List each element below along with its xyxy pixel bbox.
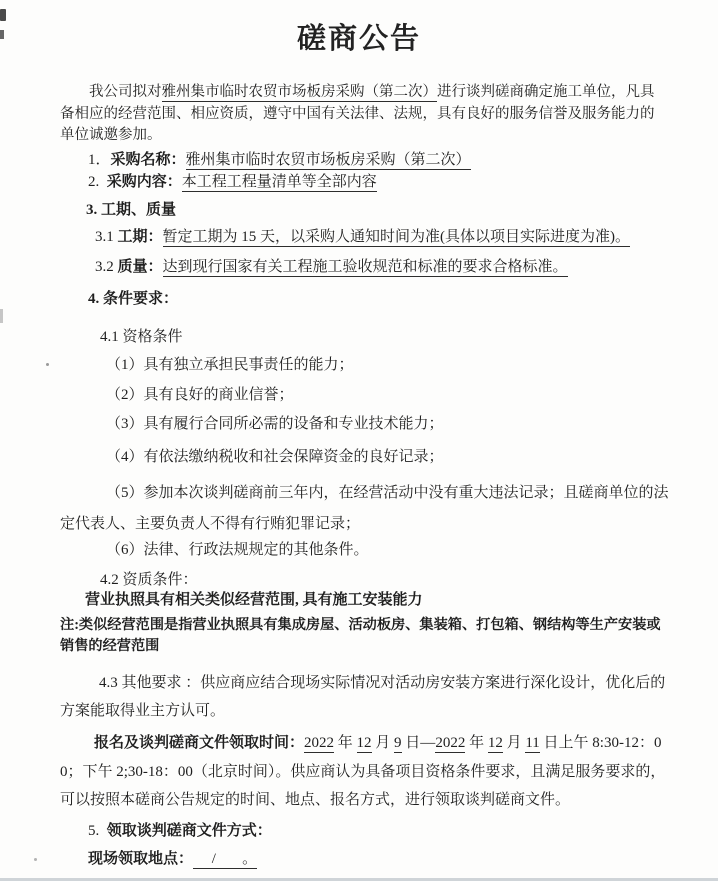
- qualification-item-5: （5）参加本次谈判磋商前三年内，在经营活动中没有重大违法记录；且磋商单位的法定代…: [60, 478, 670, 539]
- document-page: 磋商公告 我公司拟对雅州集市临时农贸市场板房采购（第二次）进行谈判磋商确定施工单…: [0, 0, 718, 881]
- credential-requirement-line: 营业执照具有相关类似经营范围, 具有施工安装能力: [85, 590, 423, 611]
- scan-artifact-left-edge-3: [0, 309, 3, 323]
- note-similar-business-scope: 注:类似经营范围是指营业执照具有集成房屋、活动板房、集装箱、打包箱、钢结构等生产…: [60, 615, 663, 656]
- qualification-item-1: （1）具有独立承担民事责任的能力；: [106, 355, 354, 376]
- registration-time-paragraph: 报名及谈判磋商文件领取时间：2022 年 12 月 9 日—2022 年 12 …: [60, 729, 670, 815]
- item-procurement-name: 1．采购名称：雅州集市临时农贸市场板房采购（第二次）: [88, 150, 708, 171]
- qualification-item-6: （6）法律、行政法规规定的其他条件。: [106, 540, 369, 561]
- onsite-collection-location: 现场领取地点： / 。: [88, 849, 257, 870]
- scan-artifact-left-edge-2: [0, 30, 4, 39]
- clause-duration: 3.1 工期：暂定工期为 15 天，以采购人通知时间为准(具体以项目实际进度为准…: [95, 227, 706, 248]
- subsection-qualification-conditions: 4.1 资格条件: [100, 327, 183, 348]
- scan-speck-1: [46, 363, 49, 366]
- qualification-item-4: （4）有依法缴纳税收和社会保障资金的良好记录；: [106, 447, 444, 468]
- clause-other-requirements: 4.3 其他要求 ：供应商应结合现场实际情况对活动房安装方案进行深化设计，优化后…: [60, 669, 666, 725]
- page-title: 磋商公告: [0, 16, 718, 57]
- section-heading-document-collection: 5. 领取谈判磋商文件方式：: [88, 821, 272, 842]
- section-heading-duration-quality: 3. 工期、质量: [86, 200, 176, 221]
- subsection-credential-conditions: 4.2 资质条件：: [100, 570, 198, 591]
- section-heading-requirements: 4. 条件要求：: [88, 289, 178, 310]
- clause-quality: 3.2 质量：达到现行国家有关工程施工验收规范和标准的要求合格标准。: [95, 257, 700, 278]
- qualification-item-3: （3）具有履行合同所必需的设备和专业技术能力；: [106, 414, 444, 435]
- intro-paragraph: 我公司拟对雅州集市临时农贸市场板房采购（第二次）进行谈判磋商确定施工单位，凡具备…: [60, 82, 668, 147]
- scan-speck-2: [34, 858, 37, 861]
- qualification-item-2: （2）具有良好的商业信誉；: [106, 385, 294, 406]
- item-procurement-content: 2. 采购内容：本工程工程量清单等全部内容: [88, 172, 708, 193]
- scan-artifact-left-edge-1: [0, 9, 6, 21]
